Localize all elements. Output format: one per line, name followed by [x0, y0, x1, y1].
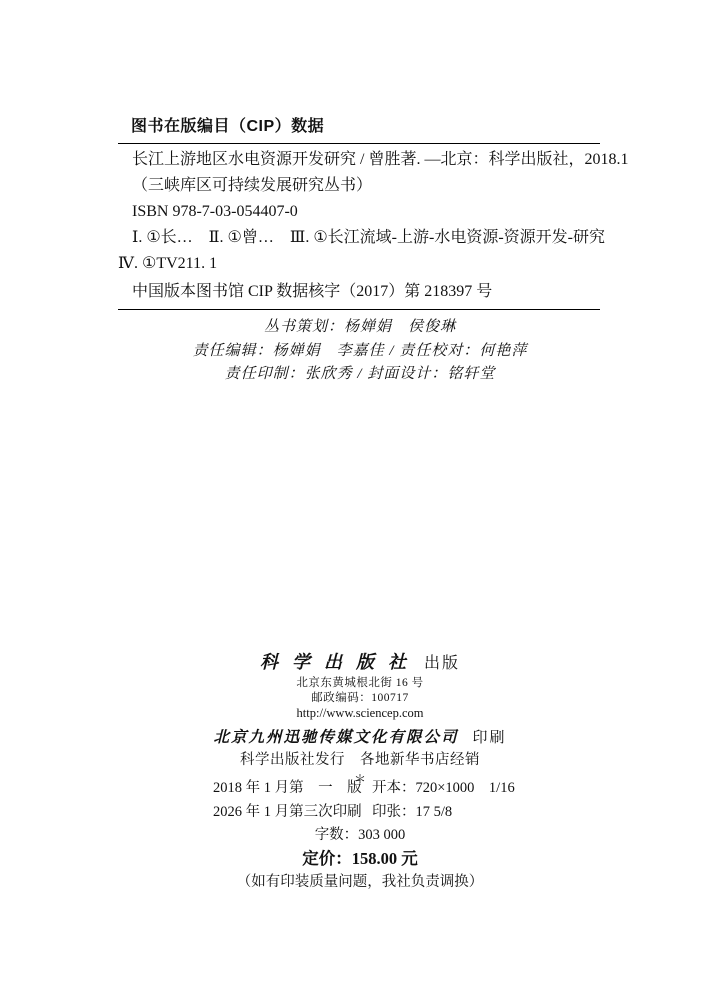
printed-sheets: 印张：17 5/8: [372, 800, 452, 824]
cip-box: 图书在版编目（CIP）数据 长江上游地区水电资源开发研究 / 曾胜著. —北京：…: [118, 112, 600, 310]
edition-block: 2018 年 1 月第 一 版 开本：720×1000 1/16 2026 年 …: [0, 776, 720, 893]
cip-classification-line2: Ⅳ. ①TV211. 1: [118, 251, 600, 277]
printer-line: 北京九州迅驰传媒文化有限公司 印刷: [0, 727, 720, 749]
printer-name: 北京九州迅驰传媒文化有限公司: [213, 729, 458, 746]
book-format: 开本：720×1000 1/16: [372, 776, 515, 800]
credit-responsible-editor: 责任编辑：杨婵娟 李嘉佳 / 责任校对：何艳萍: [0, 340, 720, 364]
credit-responsible-printing: 责任印制：张欣秀 / 封面设计：铭轩堂: [0, 363, 720, 387]
current-printing-date: 2026 年 1 月第三次印刷: [213, 800, 362, 824]
printer-suffix: 印刷: [473, 730, 507, 746]
price: 定价：158.00 元: [0, 847, 720, 870]
credit-series-planning: 丛书策划：杨婵娟 侯俊琳: [0, 316, 720, 340]
cip-body: 长江上游地区水电资源开发研究 / 曾胜著. —北京：科学出版社，2018.1 （…: [118, 143, 600, 310]
publisher-name-suffix: 出版: [424, 655, 460, 672]
edition-row-2: 2026 年 1 月第三次印刷 印张：17 5/8: [0, 800, 720, 824]
cip-record-number: 中国版本图书馆 CIP 数据核字（2017）第 218397 号: [118, 279, 600, 305]
word-count: 字数：303 000: [0, 824, 720, 846]
cip-classification-line1: Ⅰ. ①长… Ⅱ. ①曾… Ⅲ. ①长江流域-上游-水电资源-资源开发-研究: [118, 225, 600, 251]
cip-series-line: （三峡库区可持续发展研究丛书）: [118, 173, 600, 199]
publisher-name-line: 科学出版社 出版: [0, 650, 720, 676]
publisher-block: 科学出版社 出版 北京东黄城根北街 16 号 邮政编码：100717 http:…: [0, 650, 720, 787]
publisher-address: 北京东黄城根北街 16 号: [0, 676, 720, 691]
cip-header: 图书在版编目（CIP）数据: [118, 112, 600, 143]
editorial-credits: 丛书策划：杨婵娟 侯俊琳 责任编辑：杨婵娟 李嘉佳 / 责任校对：何艳萍 责任印…: [0, 316, 720, 387]
first-edition-date: 2018 年 1 月第 一 版: [213, 776, 362, 800]
edition-row-1: 2018 年 1 月第 一 版 开本：720×1000 1/16: [0, 776, 720, 800]
quality-notice: （如有印装质量问题，我社负责调换）: [0, 871, 720, 893]
copyright-page: 图书在版编目（CIP）数据 长江上游地区水电资源开发研究 / 曾胜著. —北京：…: [0, 0, 720, 1000]
cip-isbn: ISBN 978-7-03-054407-0: [118, 199, 600, 225]
publisher-url: http://www.sciencep.com: [0, 706, 720, 721]
publisher-name: 科学出版社: [260, 652, 420, 672]
cip-title-line: 长江上游地区水电资源开发研究 / 曾胜著. —北京：科学出版社，2018.1: [118, 147, 600, 173]
publisher-postcode: 邮政编码：100717: [0, 691, 720, 706]
distribution-line: 科学出版社发行 各地新华书店经销: [0, 750, 720, 771]
